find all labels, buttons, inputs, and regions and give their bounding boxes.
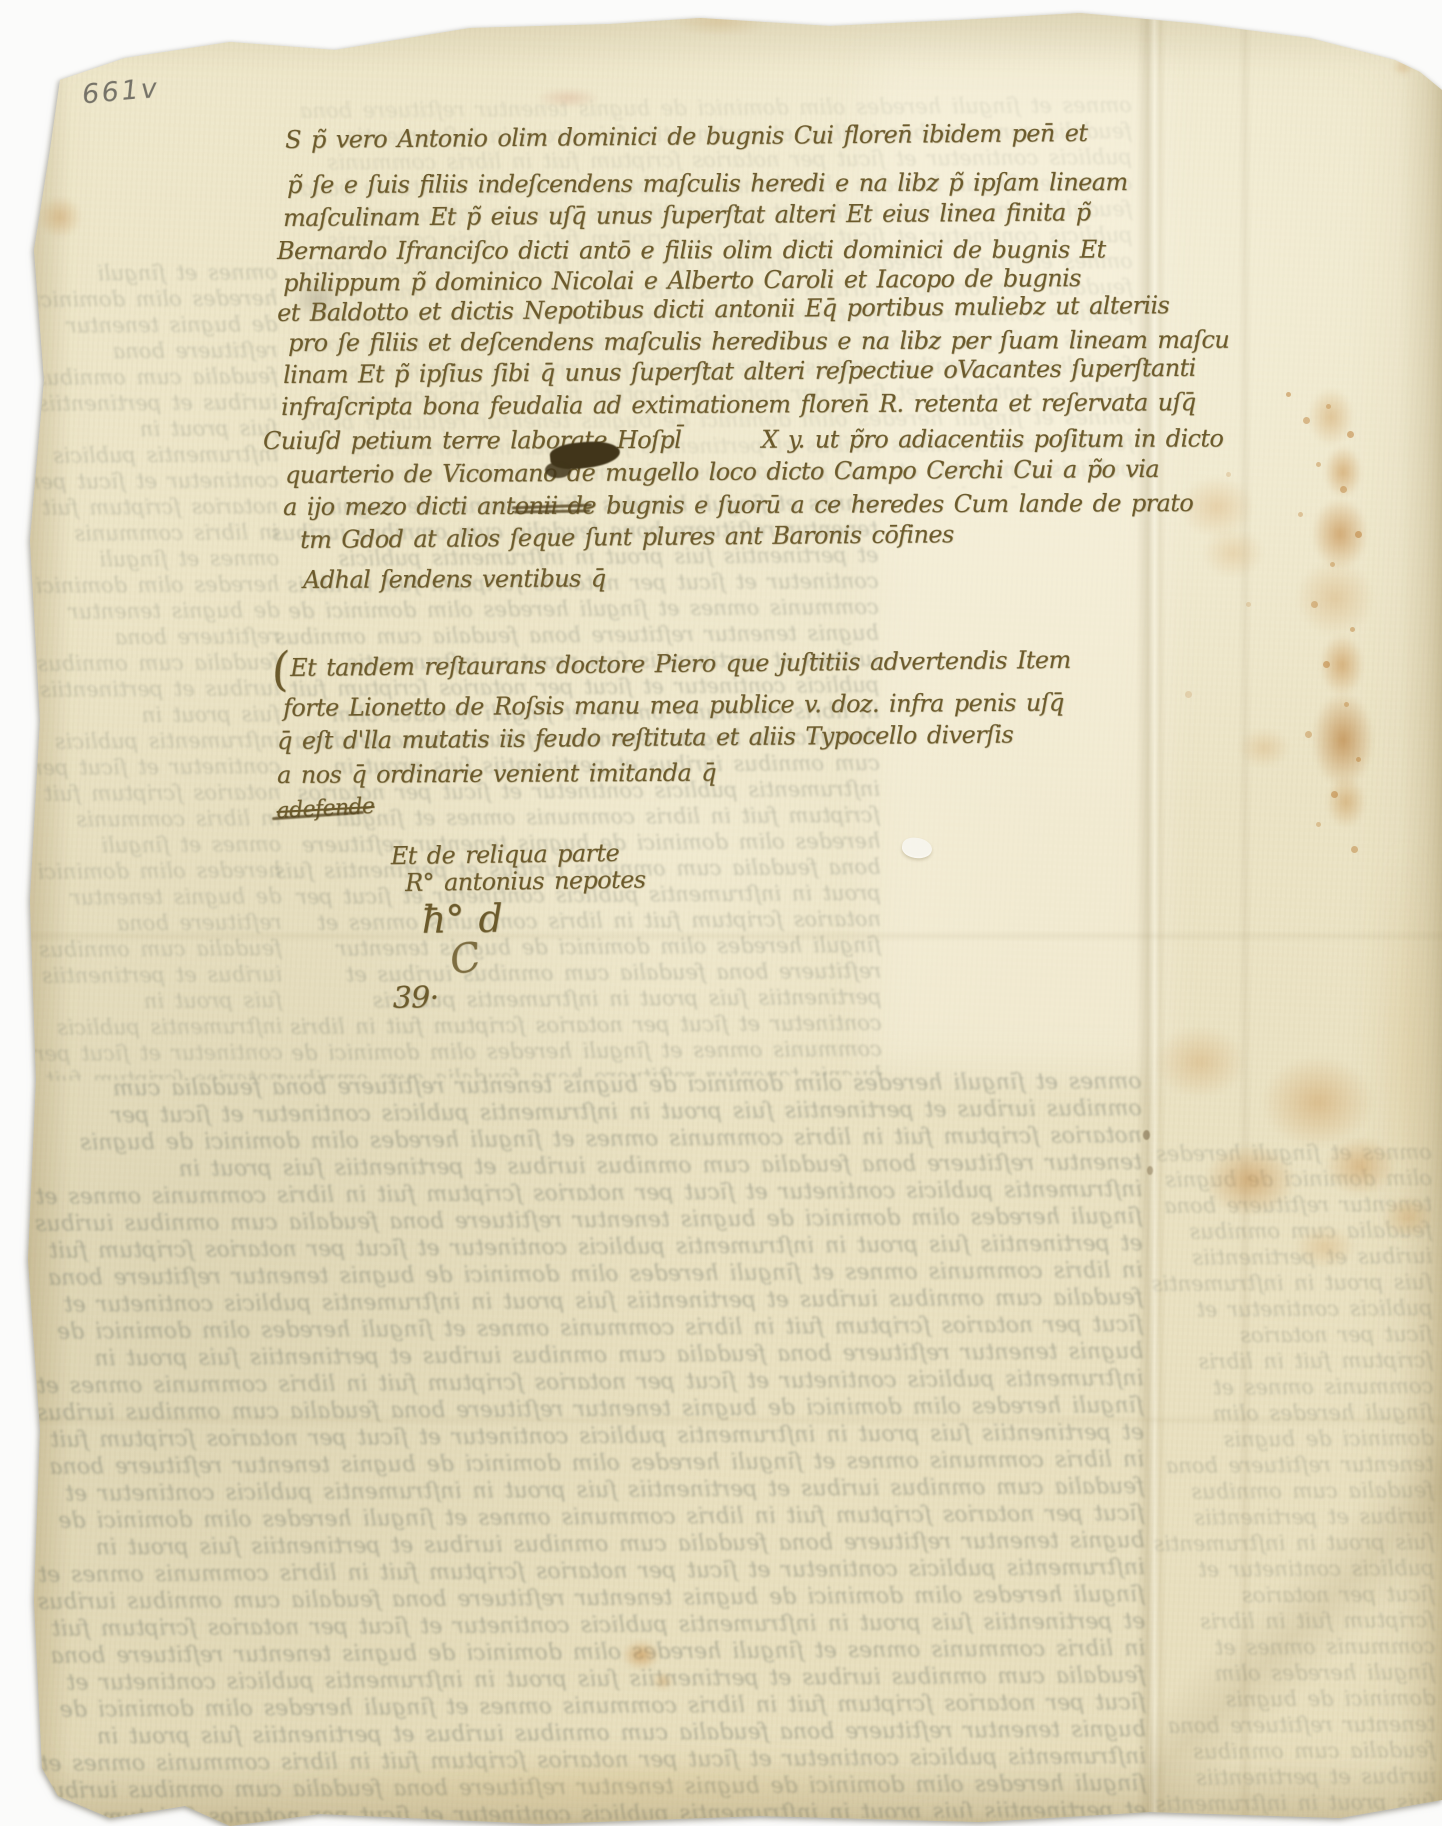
bottom-edge-shade bbox=[0, 1760, 1442, 1826]
paper-sheet: omnes et ſinguli heredes olim dominici d… bbox=[0, 0, 1442, 1826]
manuscript-line: et Baldotto et dictis Nepotibus dicti an… bbox=[277, 292, 1169, 326]
manuscript-line: Adhal ſendens ventibus q̄ bbox=[303, 565, 606, 593]
ink-blot bbox=[549, 438, 621, 471]
manuscript-line: a ijo mezo dicti antonii de bugnis e ſuo… bbox=[283, 490, 1193, 520]
closing-names: R° antonius nepotes bbox=[405, 865, 646, 896]
bleedthrough-text: omnes et ſinguli heredes olim dominici d… bbox=[267, 92, 1135, 493]
top-edge-shade bbox=[0, 0, 1442, 70]
rust-stain bbox=[1296, 560, 1374, 636]
manuscript-line: Et tandem reſtaurans doctore Piero que j… bbox=[290, 647, 1071, 682]
rust-stain bbox=[1202, 528, 1264, 578]
rust-stain bbox=[1324, 446, 1362, 498]
paper-hole bbox=[901, 836, 933, 860]
rust-stain bbox=[1312, 498, 1368, 570]
rust-stain bbox=[1382, 1196, 1434, 1238]
manuscript-line: philippum p̃ dominico Nicolai e Alberto … bbox=[283, 265, 1081, 296]
folio-number-pencil: 661v bbox=[81, 73, 161, 111]
rust-stain bbox=[1308, 388, 1354, 446]
right-edge-shade bbox=[1400, 0, 1442, 1826]
fold-crease-vertical bbox=[1136, 0, 1166, 1826]
manuscript-line: pro ſe filiis et deſcendens maſculis her… bbox=[288, 327, 1229, 357]
paper-shadow-wrap: omnes et ſinguli heredes olim dominici d… bbox=[0, 0, 1442, 1826]
rust-stain bbox=[1154, 1026, 1246, 1098]
rust-stain bbox=[622, 1640, 660, 1670]
manuscript-line: quarterio de Vicomano de mugello loco di… bbox=[285, 456, 1159, 488]
stitch-hole bbox=[1147, 1166, 1153, 1175]
rust-stain bbox=[38, 196, 82, 238]
manuscript-line: forte Lionetto de Roſsis manu mea public… bbox=[283, 690, 1064, 722]
bleedthrough-text: omnes et ſinguli heredes olim dominici d… bbox=[33, 1068, 1146, 1824]
fold-crease-vertical-2 bbox=[1238, 0, 1252, 1826]
manuscript-line: Cuiuſd petium terre laborate Hoſpl̄ X y.… bbox=[263, 425, 1223, 454]
bleedthrough-text: omnes et ſinguli heredes olim dominici d… bbox=[27, 259, 283, 1081]
manuscript-line: infraſcripta bona feudalia ad extimation… bbox=[281, 389, 1196, 420]
red-smudge bbox=[536, 88, 600, 108]
manuscript-line: p̃ ſe e ſuis filiis indeſcendens maſculi… bbox=[287, 169, 1128, 198]
closing-line: Et de reliqua parte R° antonius nepotes … bbox=[330, 814, 648, 1043]
rust-stain bbox=[1204, 1144, 1296, 1216]
rust-stain bbox=[1320, 634, 1364, 696]
rust-stain bbox=[672, 6, 768, 36]
left-edge-shade bbox=[25, 0, 71, 1826]
fee-amount: 39· bbox=[392, 980, 438, 1016]
manuscript-line: tm Gdod at alios ſeque ſunt plures ant B… bbox=[300, 521, 954, 553]
bleedthrough-text: omnes et ſinguli heredes olim dominici d… bbox=[1148, 1139, 1437, 1821]
paragraph-paraph: ( bbox=[268, 644, 292, 697]
rust-speckles bbox=[1286, 392, 1291, 397]
rust-stain bbox=[1326, 776, 1366, 828]
rust-stain bbox=[78, 2, 144, 28]
strikethrough-mark bbox=[272, 811, 364, 820]
rust-stain bbox=[652, 1672, 674, 1690]
closing-flourish: ħ° d bbox=[421, 897, 502, 942]
right-stain-band bbox=[1372, 840, 1438, 1260]
strikethrough-mark bbox=[512, 504, 592, 510]
rust-stain bbox=[1324, 1136, 1396, 1196]
struck-out-word: adefende bbox=[276, 795, 375, 824]
rust-stain bbox=[1262, 1056, 1374, 1148]
closing-prefix: Et de reliqua parte bbox=[391, 839, 620, 870]
manuscript-line: maſculinam Et p̃ eius uſq̄ unus ſuperſta… bbox=[283, 199, 1091, 231]
rust-stain bbox=[1312, 692, 1374, 788]
rust-stain bbox=[1294, 1226, 1356, 1268]
ink-smudge bbox=[292, 278, 344, 320]
manuscript-line: S p̃ vero Antonio olim dominici de bugni… bbox=[285, 120, 1088, 153]
rust-stain bbox=[1392, 58, 1414, 76]
scanned-manuscript-page: omnes et ſinguli heredes olim dominici d… bbox=[0, 0, 1442, 1826]
strikethrough-mark bbox=[514, 509, 590, 513]
fold-crease-horizontal-2 bbox=[0, 1414, 1442, 1426]
ink-blot bbox=[545, 462, 571, 478]
rust-stain bbox=[1238, 728, 1290, 768]
corner-fold-crease bbox=[1150, 1440, 1442, 1826]
manuscript-line: q̄ eſt d'lla mutatis iis feudo reſtituta… bbox=[277, 722, 1013, 755]
rust-stain bbox=[1180, 476, 1254, 538]
stitch-hole bbox=[1143, 1130, 1150, 1140]
manuscript-line: linam Et p̃ ipſius ſibi q̄ unus ſuperſta… bbox=[283, 355, 1196, 389]
bottom-stain-band bbox=[240, 1750, 960, 1820]
bleedthrough-text: omnes et ſinguli heredes olim dominici d… bbox=[266, 490, 882, 1079]
fold-crease-horizontal bbox=[0, 930, 1442, 942]
amount-paraph: C bbox=[446, 935, 484, 984]
light-paper-band bbox=[870, 60, 1160, 1070]
manuscript-line: a nos q̄ ordinarie venient imitanda q̄ bbox=[277, 760, 716, 789]
manuscript-line: Bernardo Ifranciſco dicti antō e filiis … bbox=[277, 237, 1106, 265]
